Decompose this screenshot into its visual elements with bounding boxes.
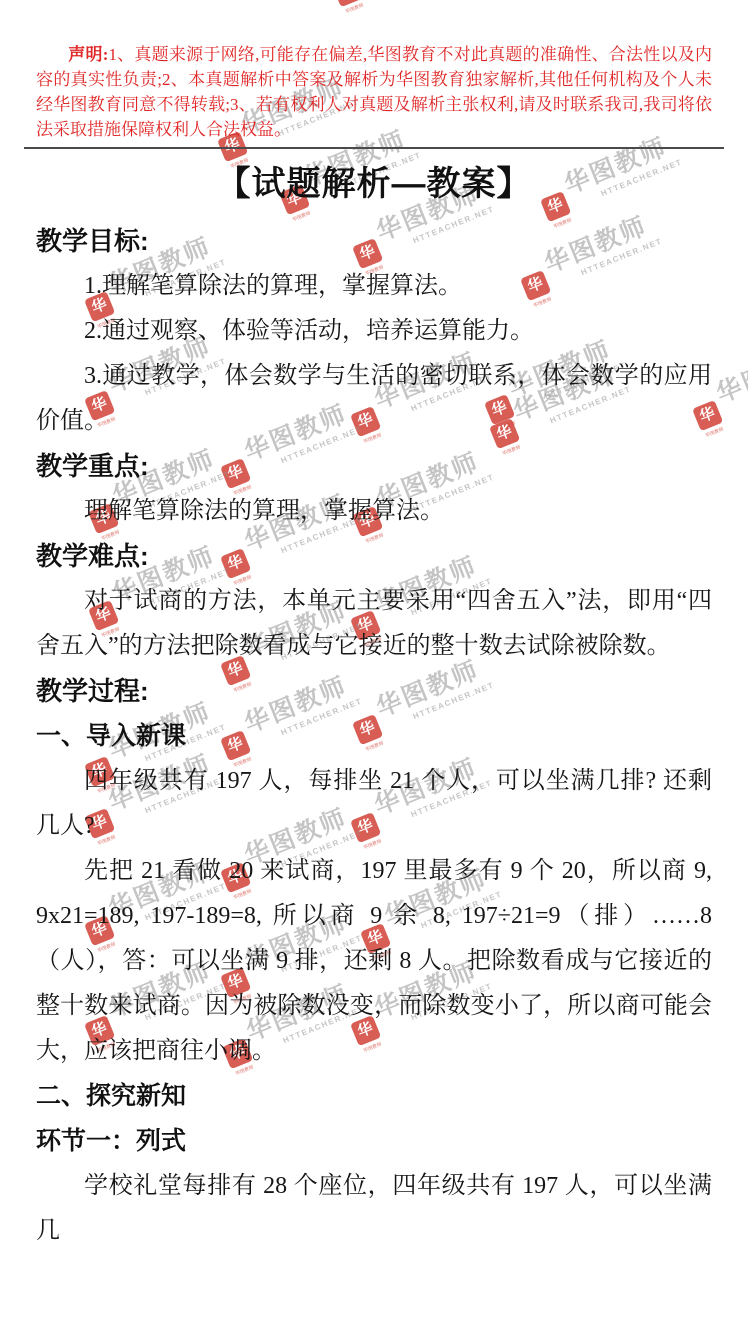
paragraph-lead-in-solution: 先把 21 看做 20 来试商，197 里最多有 9 个 20，所以商 9, 9… [36, 849, 712, 1074]
section-heading-key-points: 教学重点: [36, 444, 712, 489]
page-title: 【试题解析—教案】 [36, 149, 712, 219]
paragraph-lead-in-question: 四年级共有 197 人，每排坐 21 个人，可以坐满几排? 还剩几人? [36, 759, 712, 849]
section-heading-objectives: 教学目标: [36, 219, 712, 264]
subheading-lead-in: 一、导入新课 [36, 714, 712, 759]
disclaimer-prefix: 声明: [68, 45, 108, 64]
disclaimer: 声明:1、真题来源于网络,可能存在偏差,华图教育不对此真题的准确性、合法性以及内… [36, 42, 712, 142]
paragraph-objective-3: 3.通过教学，体会数学与生活的密切联系，体会数学的应用价值。 [36, 354, 712, 444]
paragraph-objective-2: 2.通过观察、体验等活动，培养运算能力。 [36, 309, 712, 354]
section-heading-process: 教学过程: [36, 669, 712, 714]
paragraph-key-points: 理解笔算除法的算理，掌握算法。 [36, 489, 712, 534]
subheading-step-one: 环节一：列式 [36, 1119, 712, 1164]
section-heading-difficulty: 教学难点: [36, 534, 712, 579]
subheading-explore: 二、探究新知 [36, 1074, 712, 1119]
paragraph-difficulty: 对于试商的方法，本单元主要采用“四舍五入”法，即用“四舍五入”的方法把除数看成与… [36, 579, 712, 669]
document-page: 华华图教师华图教师HTTEACHER.NET华华图教师华图教师HTTEACHER… [0, 0, 748, 1335]
disclaimer-text: 1、真题来源于网络,可能存在偏差,华图教育不对此真题的准确性、合法性以及内容的真… [36, 45, 712, 139]
paragraph-step-one: 学校礼堂每排有 28 个座位，四年级共有 197 人，可以坐满几 [36, 1164, 712, 1254]
paragraph-objective-1: 1.理解笔算除法的算理，掌握算法。 [36, 264, 712, 309]
document-content: 声明:1、真题来源于网络,可能存在偏差,华图教育不对此真题的准确性、合法性以及内… [0, 0, 748, 1335]
